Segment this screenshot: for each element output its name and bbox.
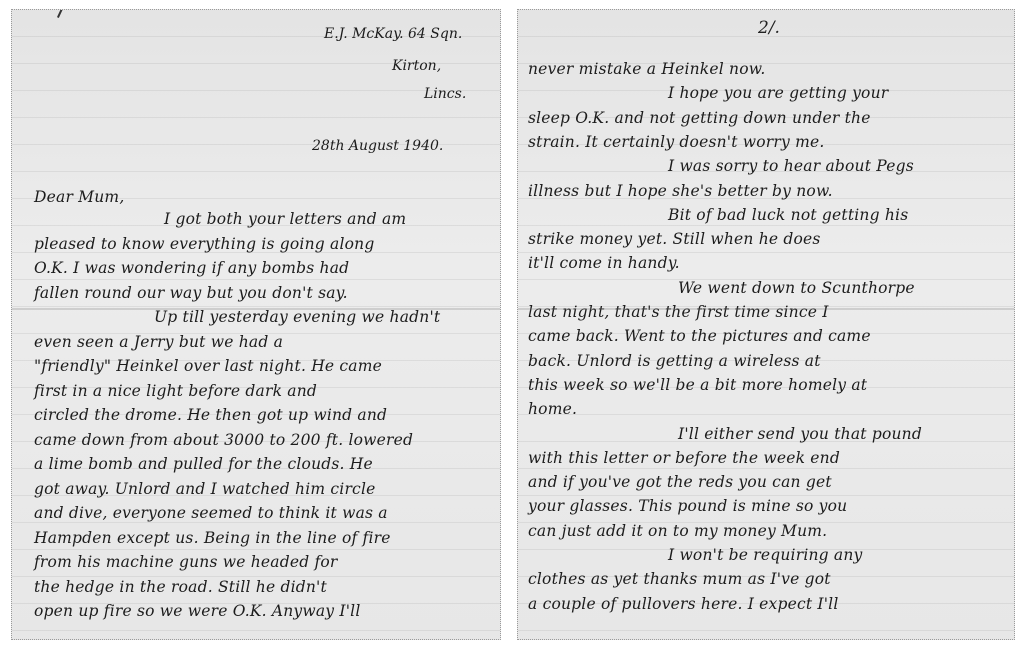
letter-line: O.K. I was wondering if any bombs had	[34, 259, 349, 277]
letter-line: pleased to know everything is going alon…	[34, 235, 374, 253]
letter-line: Hampden except us. Being in the line of …	[34, 529, 391, 547]
letter-line: even seen a Jerry but we had a	[34, 333, 283, 351]
sender-address-line-2: Kirton,	[392, 58, 441, 74]
letter-line: and dive, everyone seemed to think it wa…	[34, 504, 388, 522]
letter-line: strike money yet. Still when he does	[528, 230, 821, 248]
letter-line: a couple of pullovers here. I expect I'l…	[528, 595, 839, 613]
letter-line: I got both your letters and am	[164, 210, 406, 228]
letter-line: came down from about 3000 to 200 ft. low…	[34, 431, 413, 449]
letter-line: Bit of bad luck not getting his	[668, 206, 908, 224]
letter-line: a lime bomb and pulled for the clouds. H…	[34, 455, 373, 473]
page-number: 2/.	[758, 18, 780, 38]
sender-address-line-3: Lincs.	[424, 86, 466, 102]
letter-line: from his machine guns we headed for	[34, 553, 338, 571]
letter-line: circled the drome. He then got up wind a…	[34, 406, 387, 424]
letter-line: I hope you are getting your	[668, 84, 888, 102]
letter-line: strain. It certainly doesn't worry me.	[528, 133, 825, 151]
letter-line: illness but I hope she's better by now.	[528, 182, 833, 200]
letter-line: first in a nice light before dark and	[34, 382, 317, 400]
letter-line: "friendly" Heinkel over last night. He c…	[34, 357, 382, 375]
letter-date: 28th August 1940.	[312, 138, 443, 154]
letter-line: back. Unlord is getting a wireless at	[528, 352, 821, 370]
letter-line: got away. Unlord and I watched him circl…	[34, 480, 375, 498]
letter-line: Up till yesterday evening we hadn't	[154, 308, 440, 326]
letter-line: I won't be requiring any	[668, 546, 863, 564]
letter-line: it'll come in handy.	[528, 254, 680, 272]
letter-line: the hedge in the road. Still he didn't	[34, 578, 327, 596]
salutation: Dear Mum,	[34, 188, 124, 206]
letter-page-2: 2/. never mistake a Heinkel now.I hope y…	[517, 9, 1015, 640]
sender-address-line-1: E.J. McKay. 64 Sqn.	[324, 26, 462, 42]
letter-line: this week so we'll be a bit more homely …	[528, 376, 867, 394]
letter-line: I'll either send you that pound	[678, 425, 922, 443]
letter-line: home.	[528, 400, 577, 418]
letter-line: can just add it on to my money Mum.	[528, 522, 827, 540]
paper-mark	[57, 9, 63, 18]
letter-line: with this letter or before the week end	[528, 449, 840, 467]
letter-line: never mistake a Heinkel now.	[528, 60, 766, 78]
letter-line: and if you've got the reds you can get	[528, 473, 832, 491]
letter-line: came back. Went to the pictures and came	[528, 327, 871, 345]
letter-page-1: E.J. McKay. 64 Sqn. Kirton, Lincs. 28th …	[11, 9, 501, 640]
letter-line: your glasses. This pound is mine so you	[528, 497, 847, 515]
letter-line: We went down to Scunthorpe	[678, 279, 915, 297]
letter-line: open up fire so we were O.K. Anyway I'll	[34, 602, 360, 620]
letter-line: sleep O.K. and not getting down under th…	[528, 109, 871, 127]
letter-line: I was sorry to hear about Pegs	[668, 157, 914, 175]
letter-line: fallen round our way but you don't say.	[34, 284, 348, 302]
letter-line: clothes as yet thanks mum as I've got	[528, 570, 831, 588]
letter-line: last night, that's the first time since …	[528, 303, 829, 321]
